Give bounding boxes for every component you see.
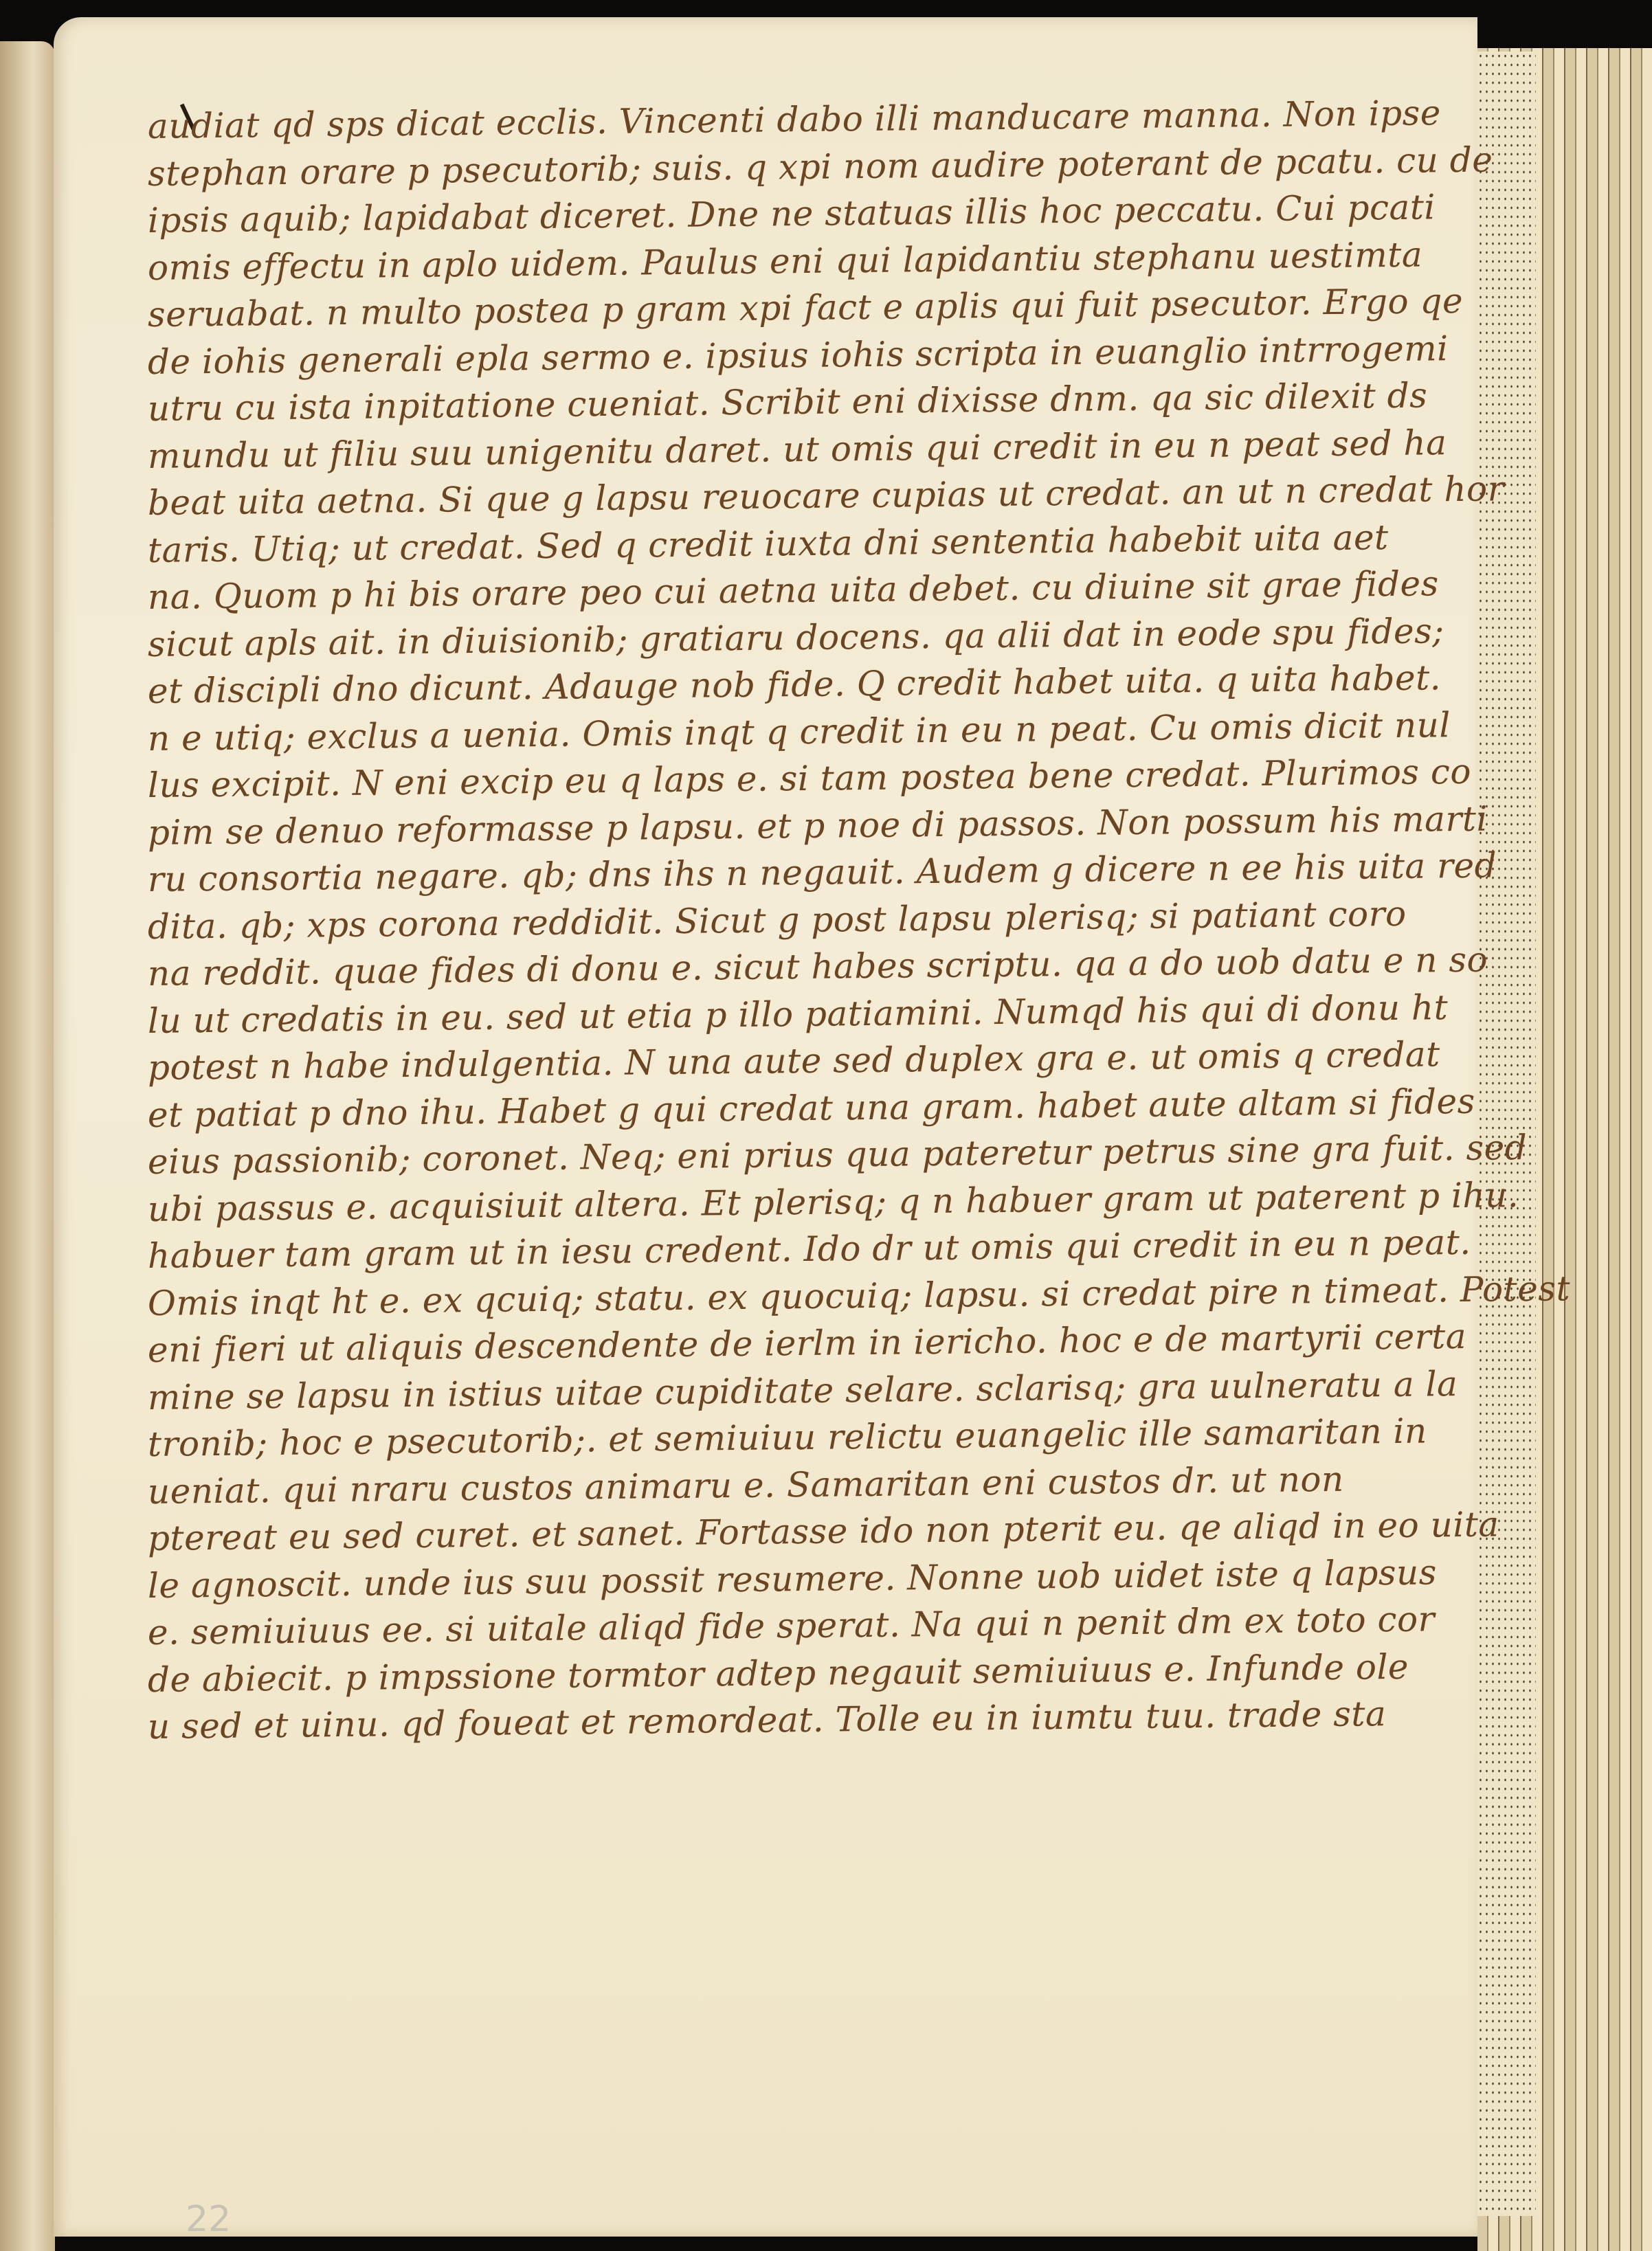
manuscript-text-block: audiat qd sps dicat ecclis. Vincenti dab… — [148, 103, 1330, 1751]
folio-number: 22 — [186, 2199, 231, 2240]
facing-page-edge — [0, 41, 55, 2251]
